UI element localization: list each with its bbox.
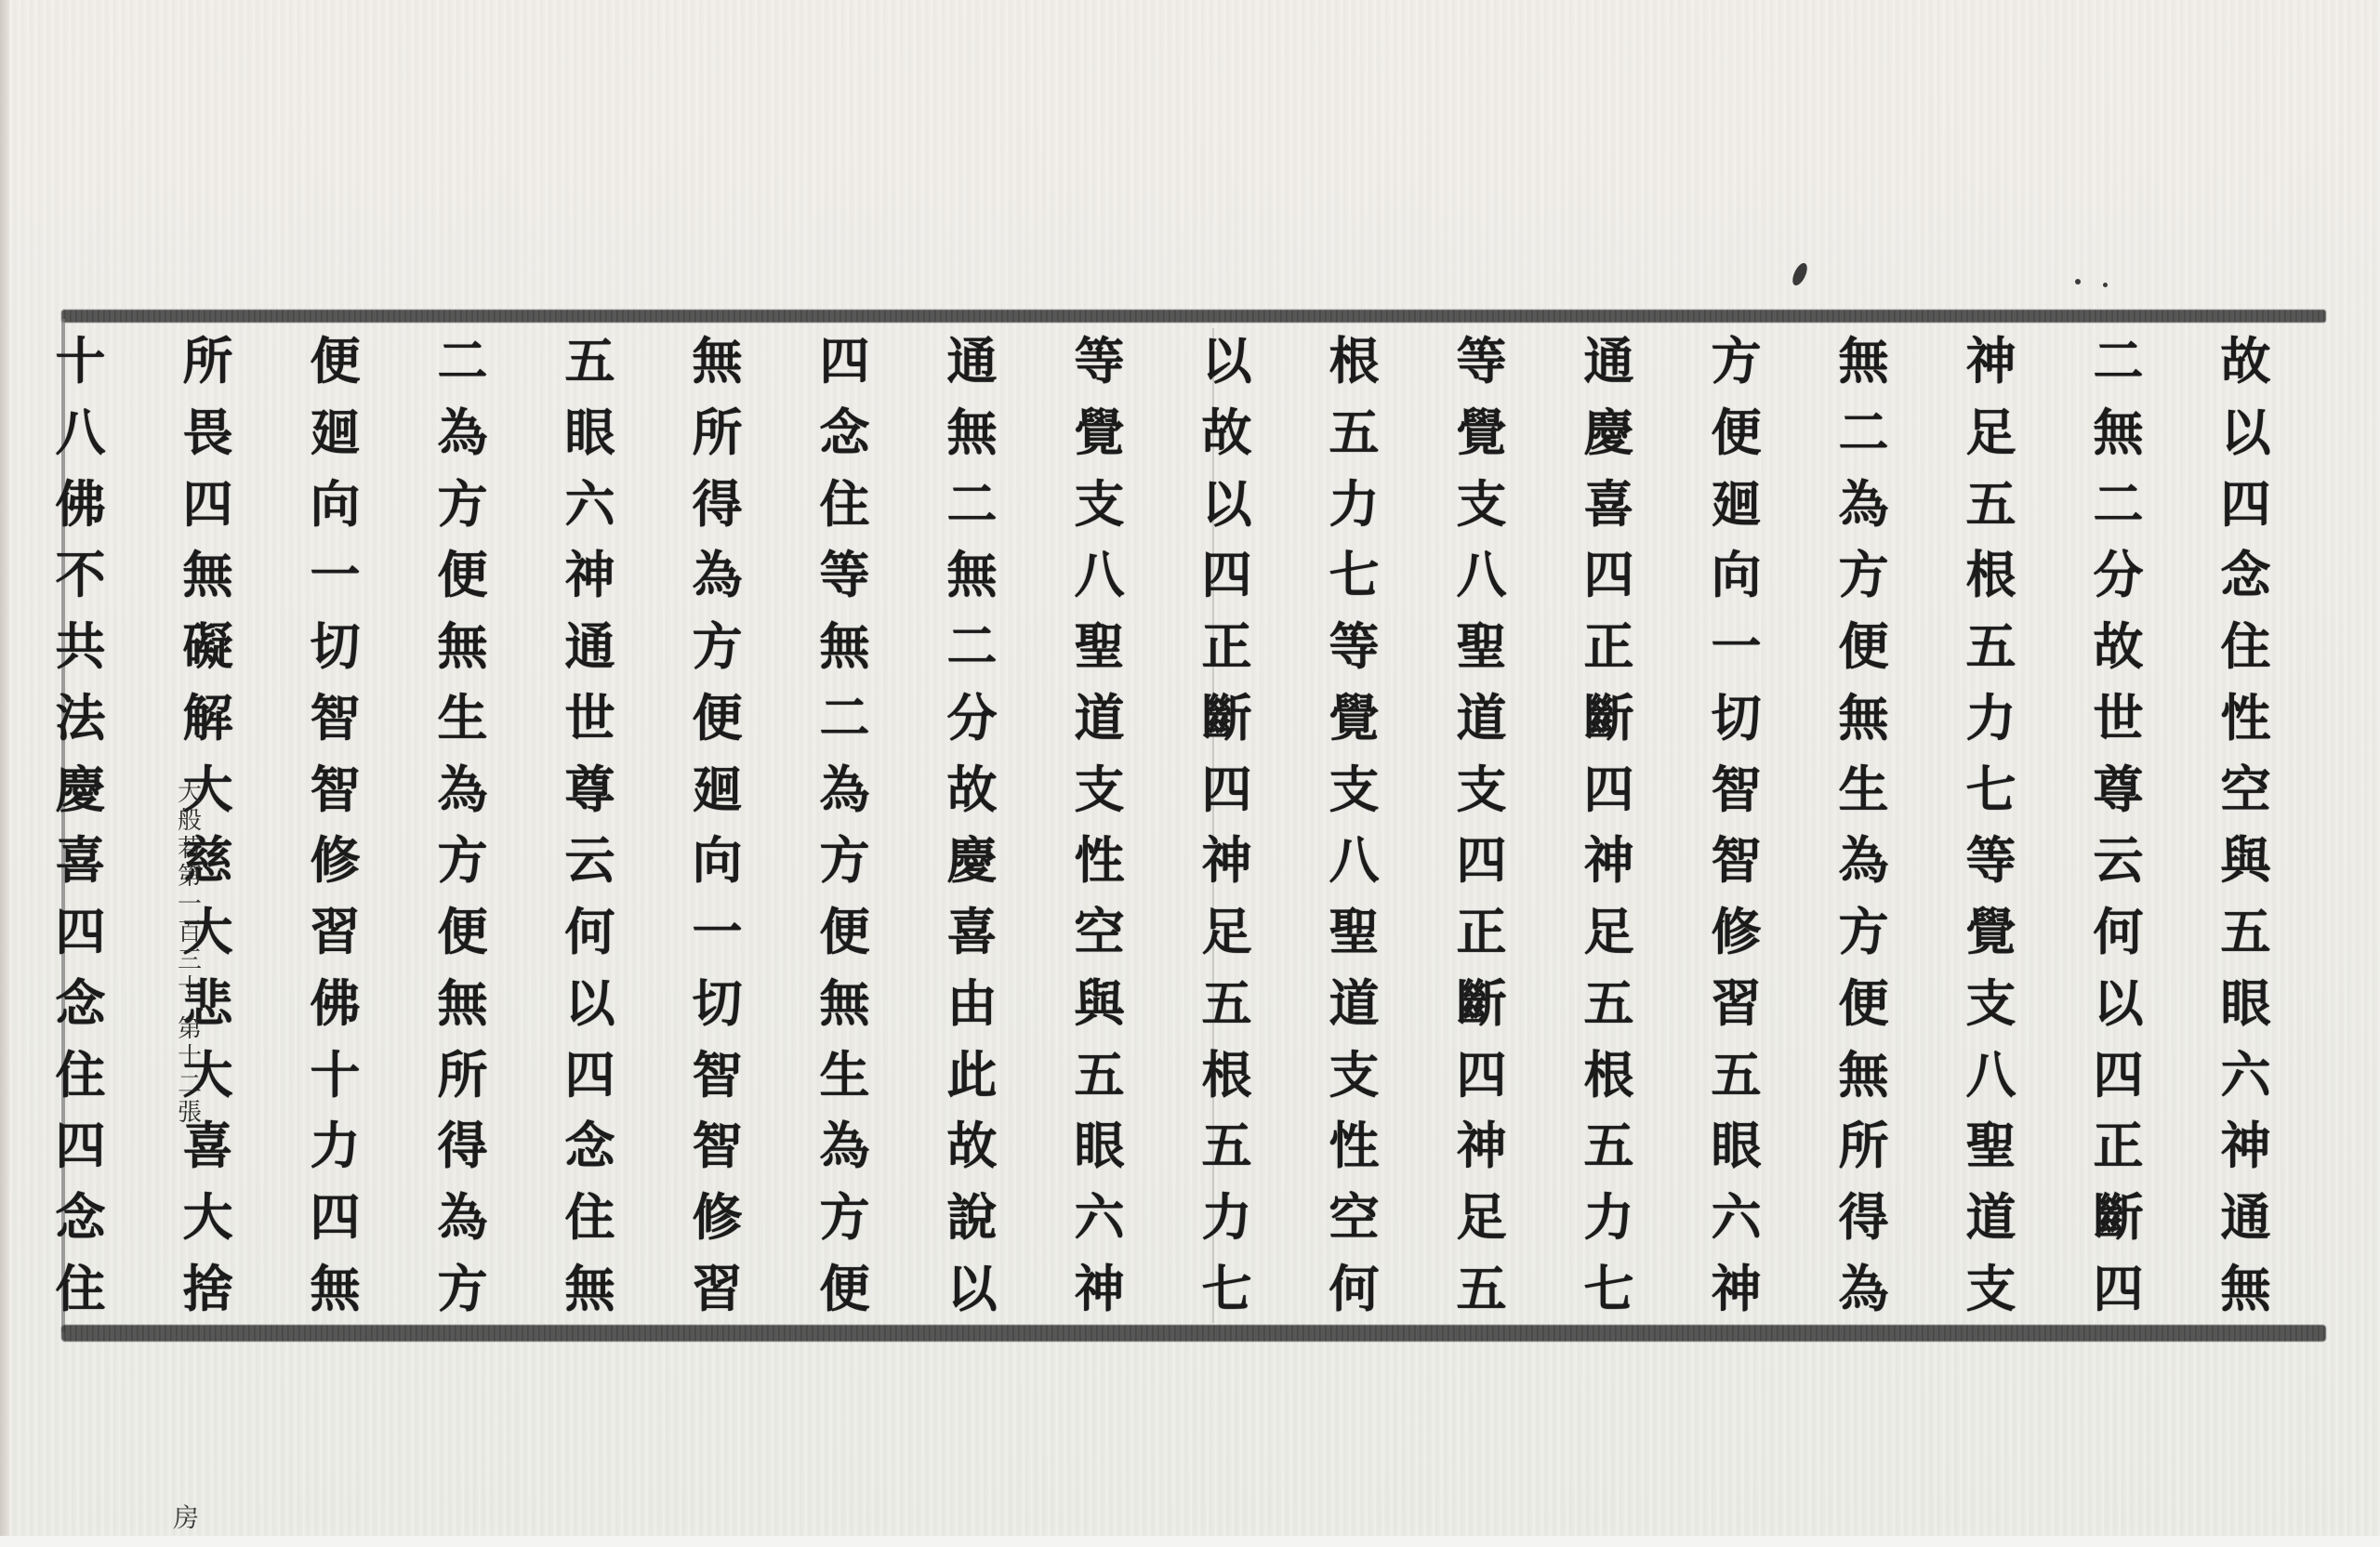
- character: 佛: [56, 477, 106, 531]
- colophon-character: 大: [178, 779, 202, 807]
- colophon-character: 第: [178, 863, 202, 891]
- character: 何: [1329, 1262, 1380, 1316]
- character: 向: [1712, 548, 1762, 602]
- character: 道: [1075, 691, 1125, 745]
- character: 得: [438, 1118, 488, 1172]
- character: 念: [2221, 548, 2271, 602]
- printed-text-block: 故以四念住性空與五眼六神通無二無二分故世尊云何以四正斷四神足五根五力七等覺支八聖…: [61, 310, 2326, 1342]
- character: 為: [438, 405, 488, 459]
- sheet-number-character: 二: [178, 1071, 202, 1099]
- character: 捨: [183, 1262, 233, 1316]
- character: 切: [693, 976, 743, 1030]
- character: 等: [1075, 334, 1125, 388]
- character: 八: [1457, 548, 1507, 602]
- character: 無: [947, 405, 998, 459]
- text-column: 十八佛不共法慶喜四念住四念住: [17, 326, 144, 1323]
- character: 六: [2221, 1048, 2271, 1102]
- character: 何: [565, 905, 615, 959]
- character: 無: [1839, 691, 1889, 745]
- character: 二: [2094, 477, 2144, 531]
- character: 通: [565, 619, 615, 673]
- character: 神: [1712, 1262, 1762, 1316]
- character: 便: [1839, 976, 1889, 1030]
- ink-speck: [2075, 279, 2081, 284]
- character: 覺: [1075, 405, 1125, 459]
- character: 八: [1329, 833, 1380, 887]
- character: 支: [1075, 477, 1125, 531]
- page-bottom-edge: [0, 1536, 2380, 1547]
- character: 等: [820, 548, 870, 602]
- character: 四: [820, 334, 870, 388]
- character: 為: [1839, 477, 1889, 531]
- character: 支: [1457, 762, 1507, 816]
- character: 足: [1966, 405, 2016, 459]
- character: 世: [2094, 691, 2144, 745]
- character: 得: [693, 477, 743, 531]
- character: 四: [1457, 1048, 1507, 1102]
- character: 神: [1075, 1262, 1125, 1316]
- character: 聖: [1075, 619, 1125, 673]
- character: 支: [1966, 1262, 2016, 1316]
- character: 與: [2221, 833, 2271, 887]
- character: 便: [693, 691, 743, 745]
- character: 共: [56, 619, 106, 673]
- character: 空: [2221, 762, 2271, 816]
- character: 喜: [183, 1118, 233, 1172]
- character: 道: [1329, 976, 1380, 1030]
- character: 八: [1966, 1048, 2016, 1102]
- character: 力: [1966, 691, 2016, 745]
- character: 正: [1457, 905, 1507, 959]
- character: 支: [1457, 477, 1507, 531]
- character: 修: [693, 1190, 743, 1244]
- character: 眼: [1075, 1118, 1125, 1172]
- character: 五: [1075, 1048, 1125, 1102]
- character: 五: [1202, 1118, 1252, 1172]
- character: 四: [2221, 477, 2271, 531]
- character: 方: [820, 833, 870, 887]
- character: 無: [693, 334, 743, 388]
- character: 智: [1712, 762, 1762, 816]
- character: 尊: [565, 762, 615, 816]
- character: 四: [1202, 762, 1252, 816]
- character: 習: [311, 905, 361, 959]
- character: 方: [1839, 548, 1889, 602]
- character: 無: [438, 619, 488, 673]
- character: 由: [947, 976, 998, 1030]
- character: 切: [311, 619, 361, 673]
- character: 力: [1584, 1190, 1634, 1244]
- character: 故: [1202, 405, 1252, 459]
- character: 以: [1202, 477, 1252, 531]
- character: 聖: [1457, 619, 1507, 673]
- character: 四: [311, 1190, 361, 1244]
- character: 便: [820, 1262, 870, 1316]
- character: 以: [565, 976, 615, 1030]
- character: 住: [56, 1048, 106, 1102]
- character: 通: [947, 334, 998, 388]
- character: 故: [2094, 619, 2144, 673]
- character: 說: [947, 1190, 998, 1244]
- character: 以: [2221, 405, 2271, 459]
- character: 法: [56, 691, 106, 745]
- character: 聖: [1329, 905, 1380, 959]
- character: 覺: [1329, 691, 1380, 745]
- carver-mark: 房: [173, 1498, 199, 1535]
- character: 方: [438, 477, 488, 531]
- character: 方: [1712, 334, 1762, 388]
- character: 慶: [56, 762, 106, 816]
- character: 五: [1457, 1262, 1507, 1316]
- character: 云: [565, 833, 615, 887]
- character: 住: [56, 1262, 106, 1316]
- character: 生: [438, 691, 488, 745]
- character: 方: [693, 619, 743, 673]
- text-column: 無所得為方便廻向一切智智修習: [654, 326, 781, 1323]
- character: 性: [1075, 833, 1125, 887]
- character: 向: [693, 833, 743, 887]
- character: 四: [2094, 1048, 2144, 1102]
- character: 為: [438, 762, 488, 816]
- character: 支: [1329, 1048, 1380, 1102]
- character: 念: [820, 405, 870, 459]
- colophon-character: 般: [178, 807, 202, 835]
- character: 一: [693, 905, 743, 959]
- character: 念: [56, 1190, 106, 1244]
- sheet-number-character: 第: [178, 1015, 202, 1043]
- character: 以: [2094, 976, 2144, 1030]
- character: 二: [820, 691, 870, 745]
- character: 五: [1584, 1118, 1634, 1172]
- character: 五: [1329, 405, 1380, 459]
- character: 七: [1329, 548, 1380, 602]
- character: 一: [1712, 619, 1762, 673]
- character: 為: [820, 762, 870, 816]
- character: 以: [1202, 334, 1252, 388]
- text-column: 五眼六神通世尊云何以四念住無: [526, 326, 654, 1323]
- character: 四: [1457, 833, 1507, 887]
- character: 便: [438, 548, 488, 602]
- character: 為: [820, 1118, 870, 1172]
- character: 便: [438, 905, 488, 959]
- character: 世: [565, 691, 615, 745]
- character: 生: [1839, 762, 1889, 816]
- character: 眼: [1712, 1118, 1762, 1172]
- character: 智: [693, 1048, 743, 1102]
- colophon-character: 一: [178, 891, 202, 919]
- character: 四: [1584, 762, 1634, 816]
- character: 無: [311, 1262, 361, 1316]
- character: 支: [1075, 762, 1125, 816]
- character: 五: [2221, 905, 2271, 959]
- character: 切: [1712, 691, 1762, 745]
- character: 所: [1839, 1118, 1889, 1172]
- character: 二: [2094, 334, 2144, 388]
- character: 智: [311, 762, 361, 816]
- character: 性: [1329, 1118, 1380, 1172]
- character: 生: [820, 1048, 870, 1102]
- character: 八: [1075, 548, 1125, 602]
- text-column: 便廻向一切智智修習佛十力四無: [271, 326, 399, 1323]
- character: 云: [2094, 833, 2144, 887]
- colophon-character: 十: [178, 974, 202, 1002]
- character: 神: [2221, 1118, 2271, 1172]
- character: 為: [438, 1190, 488, 1244]
- character: 十: [56, 334, 106, 388]
- character: 等: [1966, 833, 2016, 887]
- character: 故: [947, 1118, 998, 1172]
- character: 正: [1584, 619, 1634, 673]
- character: 所: [438, 1048, 488, 1102]
- character: 慶: [947, 833, 998, 887]
- character: 無: [1839, 1048, 1889, 1102]
- character: 七: [1584, 1262, 1634, 1316]
- character: 四: [56, 905, 106, 959]
- character: 斷: [1202, 691, 1252, 745]
- colophon-character: 百: [178, 919, 202, 946]
- character: 六: [1075, 1190, 1125, 1244]
- character: 四: [56, 1118, 106, 1172]
- character: 二: [947, 477, 998, 531]
- character: 空: [1329, 1190, 1380, 1244]
- character: 正: [1202, 619, 1252, 673]
- character: 空: [1075, 905, 1125, 959]
- character: 分: [947, 691, 998, 745]
- character: 神: [1202, 833, 1252, 887]
- character: 念: [56, 976, 106, 1030]
- character: 足: [1584, 905, 1634, 959]
- character: 二: [1839, 405, 1889, 459]
- colophon-character: 三: [178, 946, 202, 974]
- character: 無: [947, 548, 998, 602]
- character: 方: [820, 1190, 870, 1244]
- character: 便: [1839, 619, 1889, 673]
- character: 通: [1584, 334, 1634, 388]
- character: 道: [1457, 691, 1507, 745]
- character: 佛: [311, 976, 361, 1030]
- character: 無: [565, 1262, 615, 1316]
- character: 等: [1457, 334, 1507, 388]
- character: 修: [1712, 905, 1762, 959]
- character: 無: [2094, 405, 2144, 459]
- character: 此: [947, 1048, 998, 1102]
- text-column: 神足五根五力七等覺支八聖道支: [1927, 326, 2055, 1323]
- character: 無: [820, 976, 870, 1030]
- character: 便: [820, 905, 870, 959]
- text-column: 通無二無二分故慶喜由此故說以: [908, 326, 1036, 1323]
- character: 性: [2221, 691, 2271, 745]
- character: 礙: [183, 619, 233, 673]
- character: 力: [1202, 1190, 1252, 1244]
- character: 四: [1202, 548, 1252, 602]
- character: 何: [2094, 905, 2144, 959]
- character: 神: [1966, 334, 2016, 388]
- character: 八: [56, 405, 106, 459]
- character: 便: [1712, 405, 1762, 459]
- character: 正: [2094, 1118, 2144, 1172]
- text-column: 無二為方便無生為方便無所得為: [1800, 326, 1927, 1323]
- character: 六: [565, 477, 615, 531]
- character: 喜: [1584, 477, 1634, 531]
- character: 四: [1584, 548, 1634, 602]
- text-column: 通慶喜四正斷四神足五根五力七: [1545, 326, 1673, 1323]
- text-column: 故以四念住性空與五眼六神通無: [2182, 326, 2309, 1323]
- character: 根: [1584, 1048, 1634, 1102]
- character: 足: [1457, 1190, 1507, 1244]
- character: 習: [693, 1262, 743, 1316]
- character: 方: [1839, 905, 1889, 959]
- character: 住: [2221, 619, 2271, 673]
- character: 一: [311, 548, 361, 602]
- character: 方: [438, 1262, 488, 1316]
- top-border-rule: [61, 310, 2326, 323]
- character: 向: [311, 477, 361, 531]
- character: 廻: [311, 405, 361, 459]
- text-column: 等覺支八聖道支四正斷四神足五: [1418, 326, 1545, 1323]
- sheet-number-character: 十: [178, 1043, 202, 1071]
- character: 以: [947, 1262, 998, 1316]
- character: 畏: [183, 405, 233, 459]
- character: 五: [1966, 477, 2016, 531]
- character: 五: [565, 334, 615, 388]
- character: 智: [693, 1118, 743, 1172]
- character: 眼: [565, 405, 615, 459]
- character: 解: [183, 691, 233, 745]
- character: 聖: [1966, 1118, 2016, 1172]
- text-columns: 故以四念住性空與五眼六神通無二無二分故世尊云何以四正斷四神足五根五力七等覺支八聖…: [17, 326, 2309, 1323]
- text-column: 四念住等無二為方便無生為方便: [781, 326, 908, 1323]
- character: 覺: [1966, 905, 2016, 959]
- character: 習: [1712, 976, 1762, 1030]
- character: 通: [2221, 1190, 2271, 1244]
- character: 故: [947, 762, 998, 816]
- character: 智: [1712, 833, 1762, 887]
- character: 足: [1202, 905, 1252, 959]
- character: 二: [438, 334, 488, 388]
- character: 念: [565, 1118, 615, 1172]
- character: 修: [311, 833, 361, 887]
- character: 四: [183, 477, 233, 531]
- character: 斷: [1584, 691, 1634, 745]
- character: 支: [1329, 762, 1380, 816]
- character: 二: [947, 619, 998, 673]
- character: 根: [1329, 334, 1380, 388]
- character: 斷: [1457, 976, 1507, 1030]
- character: 便: [311, 334, 361, 388]
- text-column: 二無二分故世尊云何以四正斷四: [2055, 326, 2182, 1323]
- character: 七: [1202, 1262, 1252, 1316]
- character: 慶: [1584, 405, 1634, 459]
- character: 故: [2221, 334, 2271, 388]
- character: 所: [693, 405, 743, 459]
- colophon-character: 若: [178, 835, 202, 863]
- character: 力: [1329, 477, 1380, 531]
- character: 根: [1966, 548, 2016, 602]
- character: 五: [1202, 976, 1252, 1030]
- character: 神: [1457, 1118, 1507, 1172]
- character: 眼: [2221, 976, 2271, 1030]
- character: 喜: [947, 905, 998, 959]
- character: 廻: [1712, 477, 1762, 531]
- character: 五: [1966, 619, 2016, 673]
- character: 無: [820, 619, 870, 673]
- character: 無: [1839, 334, 1889, 388]
- character: 分: [2094, 548, 2144, 602]
- character: 覺: [1457, 405, 1507, 459]
- character: 與: [1075, 976, 1125, 1030]
- character: 智: [311, 691, 361, 745]
- character: 所: [183, 334, 233, 388]
- sheet-number-character: 張: [178, 1099, 202, 1127]
- character: 住: [820, 477, 870, 531]
- character: 支: [1966, 976, 2016, 1030]
- character: 不: [56, 548, 106, 602]
- character: 五: [1712, 1048, 1762, 1102]
- text-column: 二為方便無生為方便無所得為方: [399, 326, 526, 1323]
- character: 十: [311, 1048, 361, 1102]
- bottom-border-rule: [61, 1325, 2326, 1342]
- character: 根: [1202, 1048, 1252, 1102]
- colophon-title: 大般若第一百三十第十二張: [171, 779, 208, 1127]
- character: 七: [1966, 762, 2016, 816]
- character: 得: [1839, 1190, 1889, 1244]
- character: 住: [565, 1190, 615, 1244]
- character: 斷: [2094, 1190, 2144, 1244]
- text-column: 方便廻向一切智智修習五眼六神: [1673, 326, 1800, 1323]
- text-column: 等覺支八聖道支性空與五眼六神: [1036, 326, 1163, 1323]
- page-left-edge: [0, 0, 9, 1547]
- character: 神: [1584, 833, 1634, 887]
- character: 無: [2221, 1262, 2271, 1316]
- character: 為: [693, 548, 743, 602]
- character: 廻: [693, 762, 743, 816]
- ink-speck: [2103, 283, 2108, 287]
- text-column: 以故以四正斷四神足五根五力七: [1163, 326, 1290, 1323]
- character: 等: [1329, 619, 1380, 673]
- character: 方: [438, 833, 488, 887]
- character: 六: [1712, 1190, 1762, 1244]
- character: 神: [565, 548, 615, 602]
- character: 五: [1584, 976, 1634, 1030]
- text-column: 根五力七等覺支八聖道支性空何: [1290, 326, 1418, 1323]
- character: 為: [1839, 833, 1889, 887]
- character: 四: [565, 1048, 615, 1102]
- character: 無: [438, 976, 488, 1030]
- character: 四: [2094, 1262, 2144, 1316]
- character: 為: [1839, 1262, 1889, 1316]
- character: 尊: [2094, 762, 2144, 816]
- character: 力: [311, 1118, 361, 1172]
- character: 大: [183, 1190, 233, 1244]
- character: 無: [183, 548, 233, 602]
- character: 喜: [56, 833, 106, 887]
- character: 道: [1966, 1190, 2016, 1244]
